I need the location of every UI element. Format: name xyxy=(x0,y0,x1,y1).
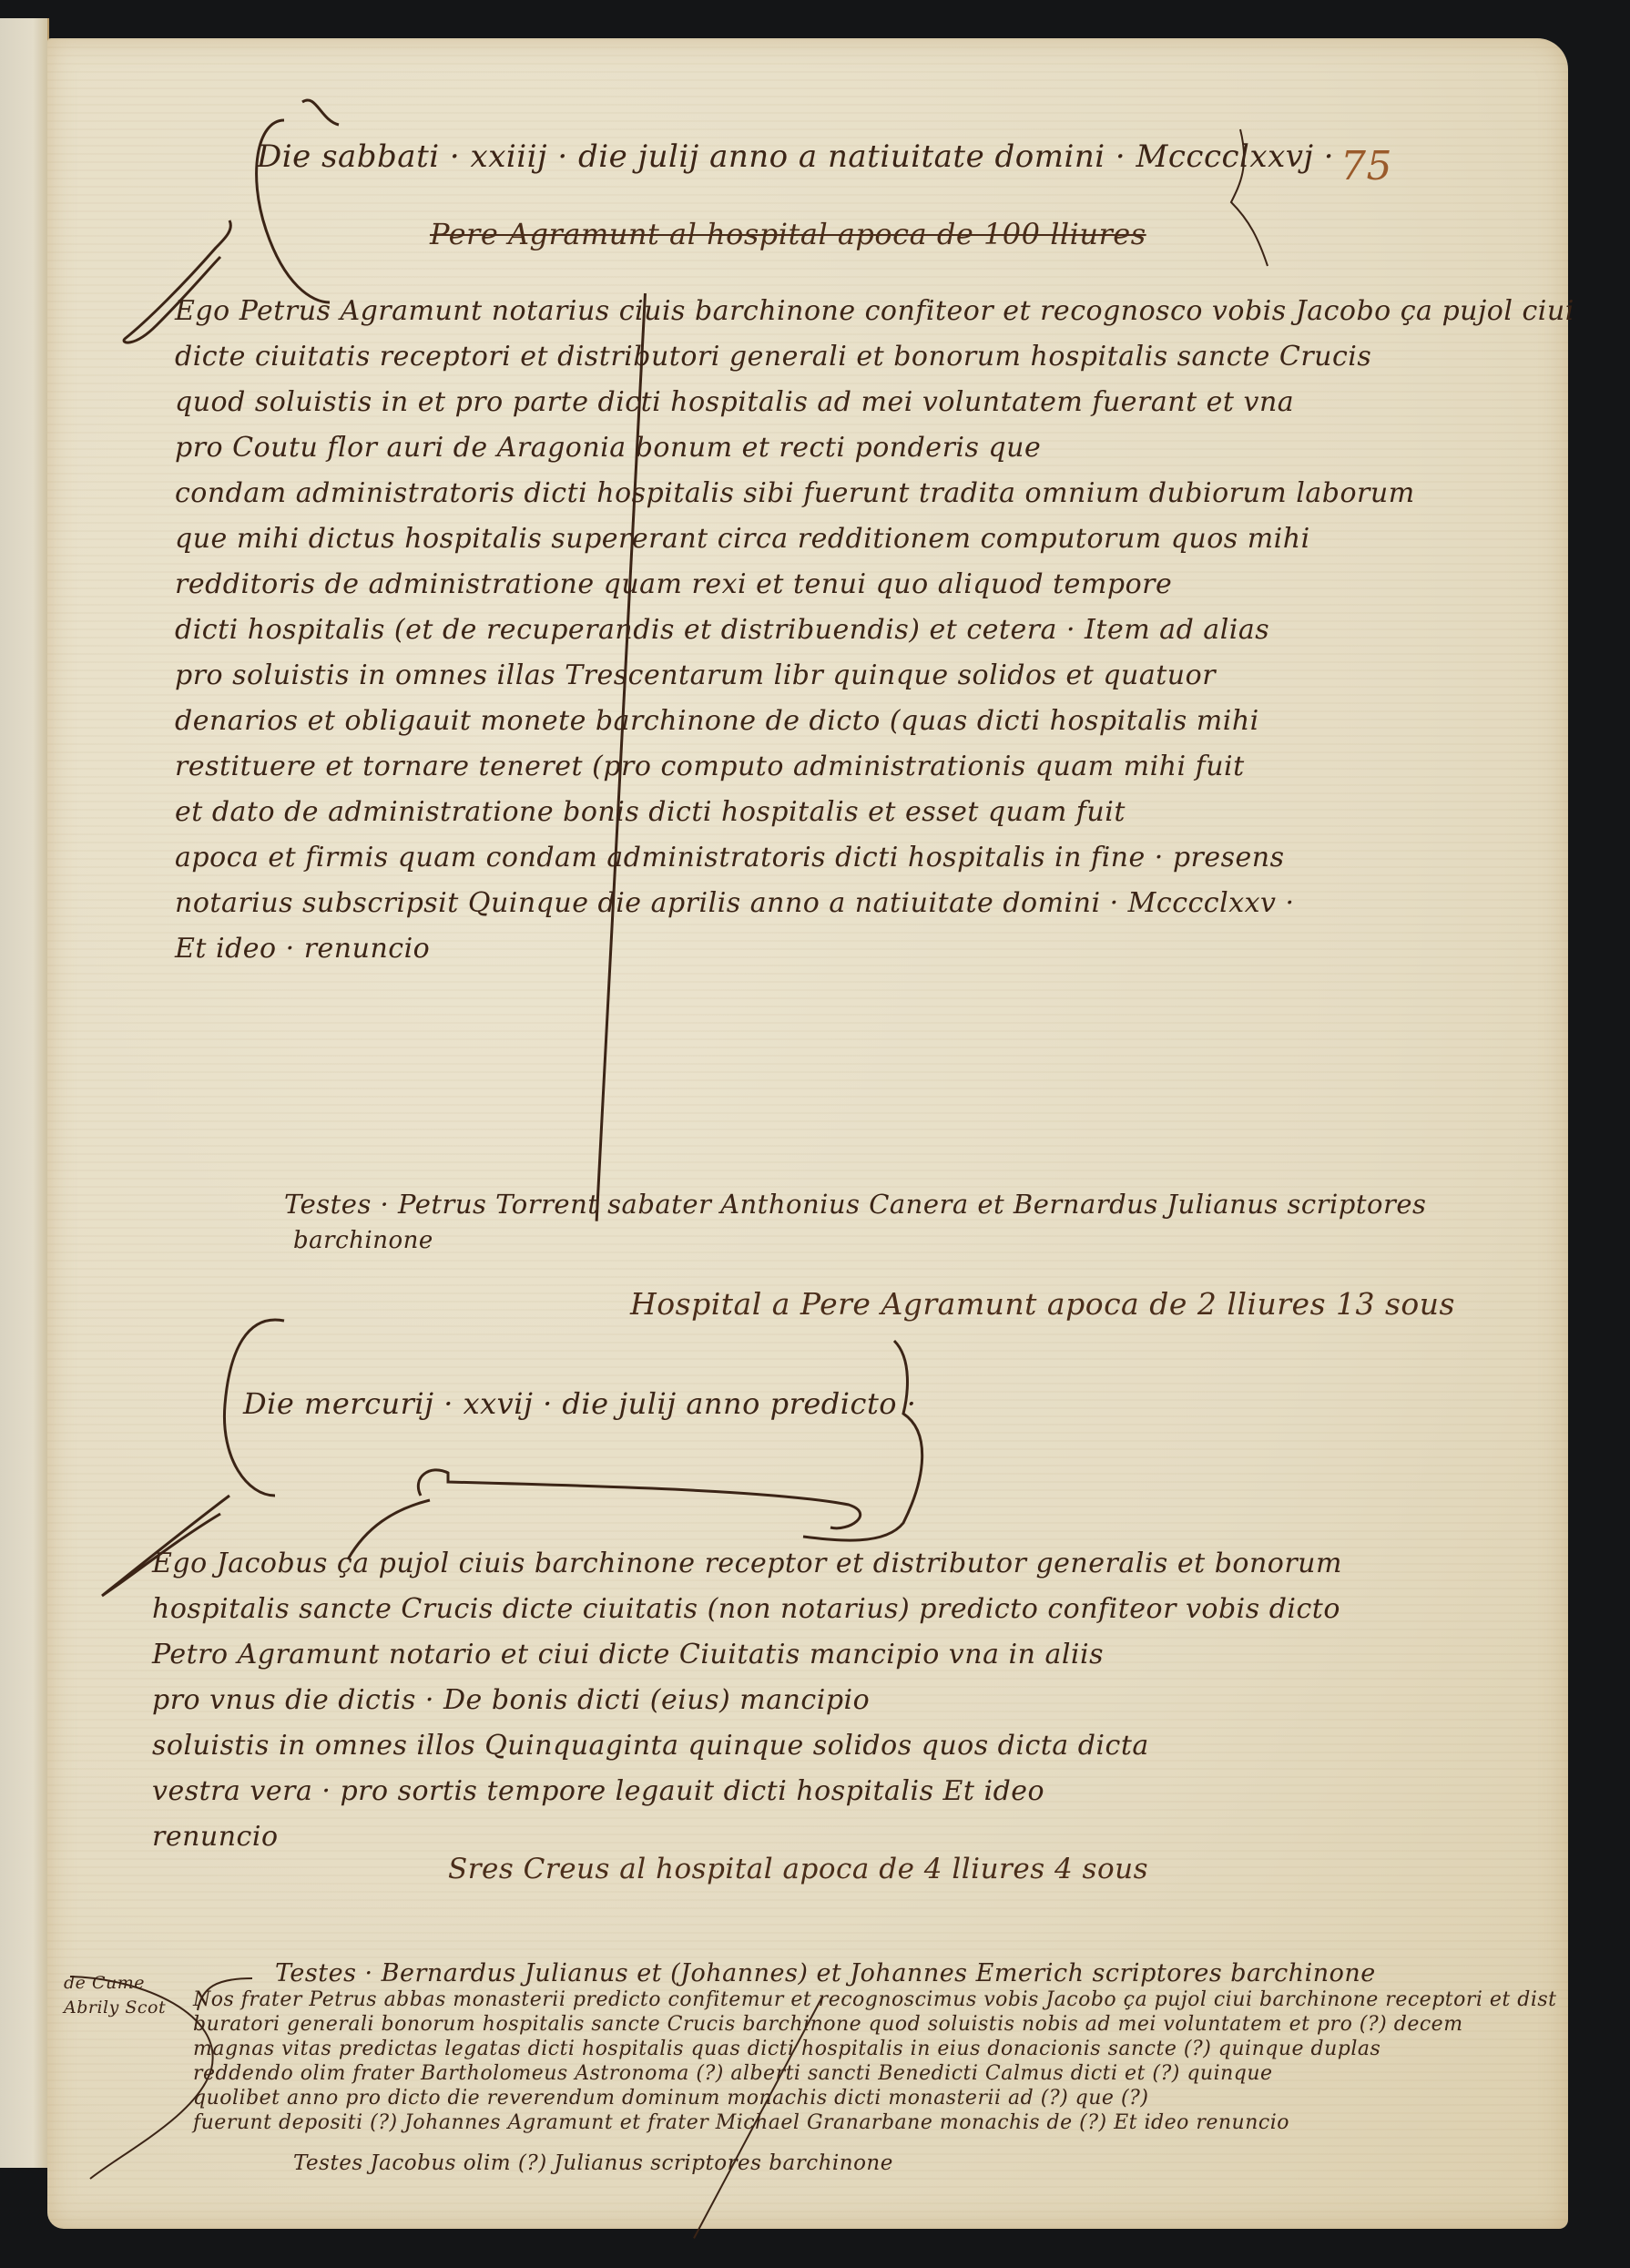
entry1-line: et dato de administratione bonis dicti h… xyxy=(175,790,1574,835)
entry1-line: redditoris de administratione quam rexi … xyxy=(175,562,1574,608)
entry1-line: apoca et firmis quam condam administrato… xyxy=(175,835,1574,881)
entry2-line: vestra vera · pro sortis tempore legauit… xyxy=(152,1769,1342,1814)
entry3-line: fuerunt depositi (?) Johannes Agramunt e… xyxy=(193,2110,1557,2135)
entry2-line: Ego Jacobus ça pujol ciuis barchinone re… xyxy=(152,1541,1342,1587)
entry2-receipt-annotation: Sres Creus al hospital apoca de 4 lliure… xyxy=(448,1853,1148,1885)
entry1-line: Ego Petrus Agramunt notarius ciuis barch… xyxy=(175,289,1574,334)
folio-number: 75 xyxy=(1340,143,1392,189)
entry2-line: hospitalis sancte Crucis dicte ciuitatis… xyxy=(152,1587,1342,1632)
entry3-line: magnas vitas predictas legatas dicti hos… xyxy=(193,2037,1557,2061)
entry1-date-heading: Die sabbati · xxiiij · die julij anno a … xyxy=(257,138,1334,175)
entry1-receipt-note: Pere Agramunt al hospital apoca de 100 l… xyxy=(430,217,1146,251)
entry3-line: quolibet anno pro dicto die reverendum d… xyxy=(193,2086,1557,2110)
entry1-line: denarios et obligauit monete barchinone … xyxy=(175,699,1574,744)
entry3-line: Nos frater Petrus abbas monasterii predi… xyxy=(193,1987,1557,2012)
entry1-line: dicti hospitalis (et de recuperandis et … xyxy=(175,608,1574,653)
entry3-line: buratori generali bonorum hospitalis san… xyxy=(193,2012,1557,2037)
entry2-line: pro vnus die dictis · De bonis dicti (ei… xyxy=(152,1678,1342,1723)
previous-leaf-edge xyxy=(0,18,49,2168)
entry1-line: quod soluistis in et pro parte dicti hos… xyxy=(175,380,1574,425)
entry1-line: pro soluistis in omnes illas Trescentaru… xyxy=(175,653,1574,699)
entry1-line: Et ideo · renuncio xyxy=(175,926,1574,972)
entry1-line: dicte ciuitatis receptori et distributor… xyxy=(175,334,1574,380)
heading-bracket-flourish-2 xyxy=(211,1313,1031,1559)
entry1-witnesses: Testes · Petrus Torrent sabater Anthoniu… xyxy=(284,1181,1426,1227)
entry1-line: notarius subscripsit Quinque die aprilis… xyxy=(175,881,1574,926)
manuscript-folio: Die sabbati · xxiiij · die julij anno a … xyxy=(47,38,1568,2229)
entry1-line: que mihi dictus hospitalis supererant ci… xyxy=(175,516,1574,562)
entry3-line: reddendo olim frater Bartholomeus Astron… xyxy=(193,2061,1557,2086)
entry2-line: soluistis in omnes illos Quinquaginta qu… xyxy=(152,1723,1342,1769)
entry3-body: Nos frater Petrus abbas monasterii predi… xyxy=(193,1987,1557,2135)
entry2-body: Ego Jacobus ça pujol ciuis barchinone re… xyxy=(152,1541,1342,1860)
entry2-date-heading: Die mercurij · xxvij · die julij anno pr… xyxy=(243,1386,916,1421)
entry1-witnesses-city: barchinone xyxy=(293,1218,433,1263)
entry1-body: Ego Petrus Agramunt notarius ciuis barch… xyxy=(175,289,1574,972)
entry1-line: pro Coutu flor auri de Aragonia bonum et… xyxy=(175,425,1574,471)
entry1-line: restituere et tornare teneret (pro compu… xyxy=(175,744,1574,790)
entry2-line: Petro Agramunt notario et ciui dicte Ciu… xyxy=(152,1632,1342,1678)
entry1-line: condam administratoris dicti hospitalis … xyxy=(175,471,1574,516)
entry3-final-witnesses: Testes Jacobus olim (?) Julianus scripto… xyxy=(293,2151,893,2176)
